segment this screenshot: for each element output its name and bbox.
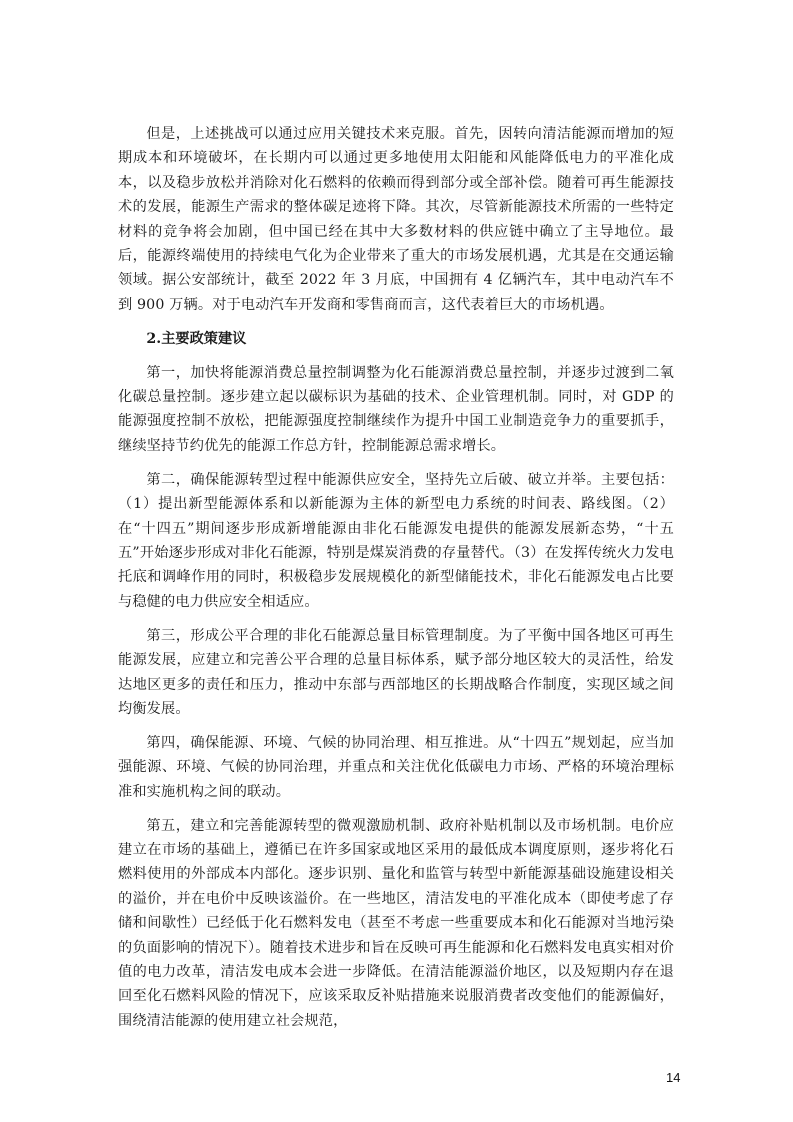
paragraph-gap xyxy=(118,317,674,327)
paragraph-gap xyxy=(118,458,674,468)
paragraph-recommendation-5: 第五，建立和完善能源转型的微观激励机制、政府补贴机制以及市场机制。电价应建立在市… xyxy=(118,814,674,1034)
body-text: 但是，上述挑战可以通过应用关键技术来克服。首先，因转向清洁能源而增加的短期成本和… xyxy=(118,122,674,1033)
paragraph-gap xyxy=(118,614,674,624)
paragraph-gap xyxy=(118,721,674,731)
paragraph-recommendation-1: 第一，加快将能源消费总量控制调整为化石能源消费总量控制，并逐步过渡到二氧化碳总量… xyxy=(118,361,674,459)
document-page: 但是，上述挑战可以通过应用关键技术来克服。首先，因转向清洁能源而增加的短期成本和… xyxy=(0,0,793,1122)
section-heading: 2.主要政策建议 xyxy=(118,327,674,351)
page-number: 14 xyxy=(666,1070,680,1085)
paragraph-recommendation-3: 第三，形成公平合理的非化石能源总量目标管理制度。为了平衡中国各地区可再生能源发展… xyxy=(118,624,674,722)
paragraph-challenges-overcome: 但是，上述挑战可以通过应用关键技术来克服。首先，因转向清洁能源而增加的短期成本和… xyxy=(118,122,674,317)
paragraph-recommendation-4: 第四，确保能源、环境、气候的协同治理、相互推进。从“十四五”规划起，应当加强能源… xyxy=(118,731,674,804)
paragraph-recommendation-2: 第二，确保能源转型过程中能源供应安全，坚持先立后破、破立并举。主要包括：（1）提… xyxy=(118,468,674,614)
paragraph-gap xyxy=(118,804,674,814)
paragraph-gap xyxy=(118,351,674,361)
